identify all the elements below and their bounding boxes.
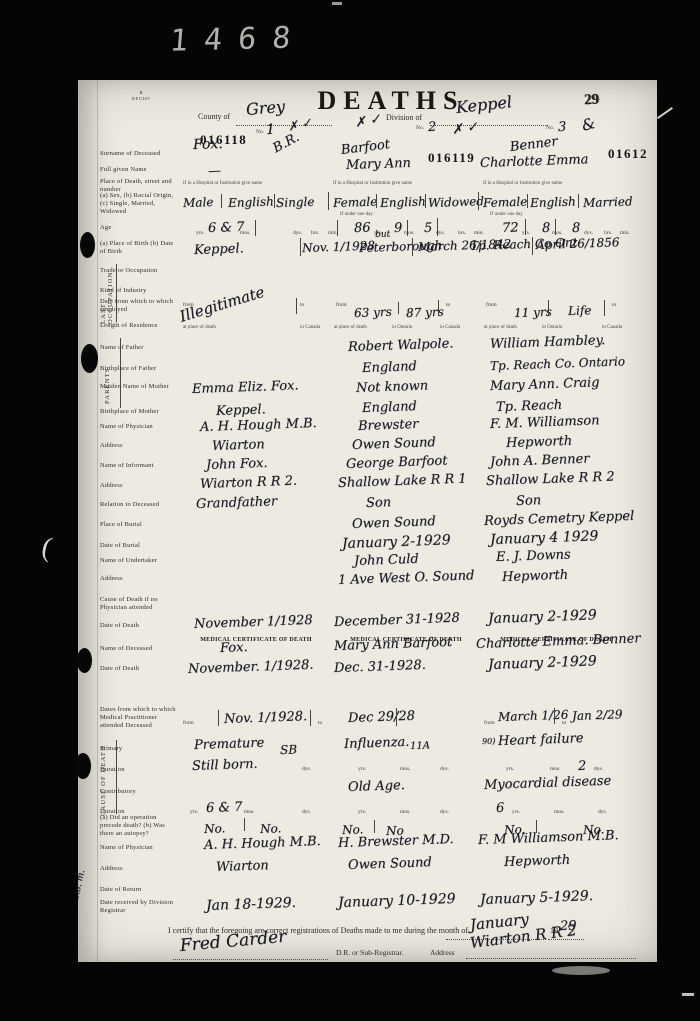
entry-rows-sex-c2-0: Female <box>333 194 378 210</box>
entry-rows-mother-c3: Mary Ann. Craig <box>490 375 600 394</box>
form-divider <box>412 238 413 256</box>
field-label-residence: Length of Residence <box>100 322 178 330</box>
entry-rows-sex-c2-2: Widowed <box>428 194 484 210</box>
film-scratch <box>657 107 673 119</box>
form-print-residence_units-place: at place of death <box>334 325 367 330</box>
entry-rows-address4-c2: Owen Sound <box>348 855 432 873</box>
field-label-physician2: Name of Physician <box>100 844 178 852</box>
entry-rows-employed-c3_to: Life <box>568 303 592 318</box>
entry-rows-operation-c1-0: No. <box>204 821 226 836</box>
entry-rows-age-c2_mos: 9 <box>394 221 403 236</box>
entry-rows-sex-c1-2: Single <box>276 195 315 210</box>
field-label-contributory: Contributory <box>100 788 178 796</box>
form-divider <box>532 237 533 255</box>
form-print-units-min: min. <box>620 230 630 236</box>
form-print-units-from: from <box>486 302 497 308</box>
margin-note: V. Ro. m. <box>78 869 87 910</box>
form-print-residence_units-canada: in Canada <box>300 325 320 330</box>
entry-rows-physician2-c3: F. M Williamson M.B. <box>478 828 619 848</box>
page-title: DEATHS <box>306 86 476 116</box>
punch-hole <box>80 232 95 258</box>
field-label-address2: Address <box>100 482 178 490</box>
form-print-units-to: to <box>318 720 322 726</box>
form-print-units-yrs: yrs. <box>506 766 514 772</box>
entry-rows-birth-c1_place: Keppel. <box>194 241 244 258</box>
county-value: Grey <box>245 97 285 119</box>
field-label-address3: Address <box>100 575 178 583</box>
entry-rows-address4-c1: Wiarton <box>216 858 269 875</box>
field-label-sex: (a) Sex, (b) Racial Origin, (c) Single, … <box>100 192 178 216</box>
field-label-name-deceased: Name of Deceased <box>100 645 178 653</box>
form-divider <box>274 194 275 208</box>
form-print-units-yrs: yrs. <box>196 230 204 236</box>
form-print-hospital_note: If in a Hospital or Institution give nam… <box>483 181 562 186</box>
entry-rows-birth-c2_note: but <box>375 229 391 240</box>
county-underline <box>236 124 332 126</box>
form-divider <box>604 300 605 316</box>
entry-rows-undertaker-c3: E. J. Downs <box>496 547 571 565</box>
entry-rows-received_date-c1: Jan 18-1929. <box>206 895 297 914</box>
entry-rows-father-c3: William Hambley. <box>490 333 606 352</box>
entry-rows-address3-c3: Hepworth <box>502 568 569 585</box>
field-label-surname: Surname of Deceased <box>100 150 178 158</box>
entry-rows-name_deceased-c1: Fox. <box>220 640 248 656</box>
entry-rows-address2-c3: Shallow Lake R R 2 <box>486 470 615 489</box>
field-label-death-date1: Date of Death <box>100 622 178 630</box>
field-label-cause-np: Cause of Death if no Physician attended <box>100 596 178 612</box>
form-print-units-to: to <box>562 720 566 726</box>
entry-rows-physician1-c3: F. M. Williamson <box>490 413 600 432</box>
film-curl-mark: ( <box>39 531 55 564</box>
entry-rows-employed-c2_from: 63 yrs <box>354 305 392 320</box>
entry-rows-contributory-c3: Myocardial disease <box>484 774 612 793</box>
film-frame-number: 1468 <box>168 20 307 59</box>
entry-rows-burial_date-c3: January 4 1929 <box>490 528 599 548</box>
entry-rows-duration1-c3: 2 <box>578 759 587 774</box>
field-label-operation: (a) Did an operation precede death? (b) … <box>100 814 178 838</box>
form-divider <box>536 820 537 833</box>
form-divider <box>437 218 438 236</box>
address-underline <box>466 957 636 959</box>
punch-hole <box>75 753 91 779</box>
field-label-address1: Address <box>100 442 178 450</box>
form-print-units-to: to <box>612 302 616 308</box>
form-divider <box>374 820 375 833</box>
entry-rows-sex-c3-2: Married <box>583 194 633 210</box>
field-label-employed: Date from which to which employed <box>100 298 178 314</box>
form-print-units-min: min. <box>474 230 484 236</box>
form-divider <box>525 219 526 235</box>
form-print-residence_units-place: at place of death <box>484 325 517 330</box>
form-divider <box>218 710 219 726</box>
entry-rows-received_date-c3: January 5-1929. <box>480 888 594 908</box>
entry-rows-address1-c3: Hepworth <box>506 434 573 451</box>
entry-rows-death_date2-c3: January 2-1929 <box>488 653 597 673</box>
entry-rows-death_date2-c1: November. 1/1928. <box>188 658 314 677</box>
entry-rows-name_deceased-c2: Mary Ann Barfoot <box>334 635 453 654</box>
form-divider <box>328 192 329 210</box>
entry-rows-attended-c2: Dec 29/28 <box>348 709 415 726</box>
field-label-trade: Trade or Occupation <box>100 267 178 275</box>
field-label-return-date: Date of Return <box>100 886 178 894</box>
form-print-units-dys: dys. <box>440 766 449 772</box>
field-label-physician1: Name of Physician <box>100 423 178 431</box>
field-label-father-bp: Birthplace of Father <box>100 365 178 373</box>
entry-rows-given-c3: Charlotte Emma <box>480 152 589 171</box>
entry-rows-sex-c1-0: Male <box>183 195 214 210</box>
division-label: Division of <box>386 113 422 122</box>
form-print-units-dys: dys. <box>302 809 311 815</box>
entry-rows-received_date-c2: January 10-1929 <box>338 891 456 911</box>
field-label-birth: (a) Place of Birth (b) Date of Birth <box>100 240 178 256</box>
punch-hole <box>77 648 92 673</box>
entry-rows-death_date1-c1: November 1/1928 <box>194 613 313 632</box>
entry-rows-age-c3_yrs: 72 <box>502 220 519 236</box>
entry-rows-address4-c3: Hepworth <box>504 853 571 870</box>
entry-rows-primary-c1: Premature <box>194 736 265 753</box>
entry-rows-address1-c1: Wiarton <box>212 437 265 454</box>
form-print-units-mos: mos. <box>244 809 255 815</box>
form-print-hospital_note: If in a Hospital or Institution give nam… <box>183 181 262 186</box>
entry-rows-given-c1: — <box>208 164 222 179</box>
form-divider <box>376 194 377 208</box>
entry-rows-age-c2_dys: 5 <box>424 221 433 236</box>
entry-rows-age-c2_yrs: 86 <box>354 220 371 236</box>
entry-rows-primary-c2: Influenza. <box>344 735 410 752</box>
form-divider <box>438 300 439 316</box>
entry-rows-relation-c3: Son <box>516 493 542 509</box>
entry-rows-age-c3_mos: 8 <box>542 221 551 236</box>
entry-rows-burial_place-c2: Owen Sound <box>352 514 436 532</box>
entry-rows-father-c2: Robert Walpole. <box>348 336 454 355</box>
entry-rows-surname-c3: Benner <box>509 134 558 155</box>
entry-rows-duration2-c3: 6 <box>496 801 505 816</box>
entry-rows-duration2-c1: 6 & 7 <box>206 800 243 816</box>
field-label-mother: Maiden Name of Mother <box>100 383 178 391</box>
entry-rows-relation-c1: Grandfather <box>196 494 278 512</box>
field-label-father: Name of Father <box>100 344 178 352</box>
entry-rows-residence-c1_diag: Illegitimate <box>177 283 266 326</box>
field-label-age: Age <box>100 224 178 232</box>
entry-rows-address1-c2: Owen Sound <box>352 435 436 453</box>
division-no-3: 3 <box>558 120 567 135</box>
field-label-informant: Name of Informant <box>100 462 178 470</box>
form-divider <box>398 302 399 314</box>
form-print-units-to: to <box>446 302 450 308</box>
entry-rows-mother-c2: Not known <box>356 378 429 396</box>
field-label-received-date: Date received by Division Registrar <box>100 899 178 915</box>
field-label-relation: Relation to Deceased <box>100 501 178 509</box>
film-smudge <box>552 966 610 975</box>
entry-rows-death_date1-c2: December 31-1928 <box>334 611 460 630</box>
field-label-address4: Address <box>100 865 178 873</box>
entry-rows-attended-c1: Nov. 1/1928. <box>224 709 308 727</box>
county-check-mark: ✗ ✓ <box>354 112 382 131</box>
form-print-residence_units-canada: in Canada <box>602 325 622 330</box>
entry-rows-informant-c2: George Barfoot <box>346 453 448 472</box>
form-print-units-mos: mos. <box>550 766 561 772</box>
form-print-residence_units-canada: in Canada <box>440 325 460 330</box>
form-print-residence_units-place: at place of death <box>183 325 216 330</box>
form-print-residence_units-ontario: in Ontario <box>392 325 412 330</box>
form-print-units-from: from <box>336 302 347 308</box>
form-divider <box>548 300 549 316</box>
entry-rows-employed-c3_from: 11 yrs <box>514 305 552 320</box>
form-divider <box>337 220 338 236</box>
entry-rows-sex-c3-0: Female <box>483 194 528 210</box>
form-print-sex_note: If under one day <box>490 212 523 217</box>
field-label-burial-date: Date of Burial <box>100 542 178 550</box>
microfilm-frame: 1468 R REGIST DEATHS 29 County of Grey ✗… <box>0 0 700 1021</box>
field-label-death-date2: Date of Death <box>100 665 178 673</box>
entry-rows-father_bp-c3: Tp. Reach Co. Ontario <box>490 354 625 373</box>
entry-rows-given-c1_note: B.R. <box>270 130 301 156</box>
form-print-residence_units-ontario: in Ontario <box>542 325 562 330</box>
field-label-industry: Kind of Industry <box>100 287 178 295</box>
form-print-units-mos: mos. <box>400 766 411 772</box>
address-label: Address <box>430 948 455 957</box>
form-divider <box>554 708 555 724</box>
form-divider <box>221 194 222 208</box>
entry-rows-physician1-c1: A. H. Hough M.B. <box>200 416 317 435</box>
entry-rows-father_bp-c2: England <box>362 359 417 376</box>
form-print-units-to: to <box>300 302 304 308</box>
entry-rows-age-c3_dys: 8 <box>572 221 581 236</box>
form-divider <box>255 220 256 236</box>
registrar-label: D.R. or Sub-Registrar. <box>336 948 403 957</box>
registrar-stamp: R REGIST <box>132 90 151 102</box>
stamp-line1: R <box>140 90 144 95</box>
entry-rows-given-c2: Mary Ann <box>346 156 411 173</box>
entry-rows-mother_bp-c2: England <box>362 399 417 416</box>
signature-underline <box>173 958 328 960</box>
entry-rows-burial_date-c2: January 2-1929 <box>342 532 451 552</box>
punch-hole <box>81 344 98 373</box>
entry-rows-name_deceased-c3: Charlotte Emma. Benner <box>476 631 641 652</box>
division-no-1: 1 <box>266 122 275 138</box>
form-print-units-yrs: yrs. <box>358 809 366 815</box>
form-print-units-yrs: yrs. <box>512 809 520 815</box>
form-print-units-from: from <box>183 720 194 726</box>
entry-rows-primary-c2_note: 11A <box>410 740 430 752</box>
entry-rows-mother_bp-c1: Keppel. <box>216 402 266 419</box>
field-label-undertaker: Name of Undertaker <box>100 557 178 565</box>
field-label-primary: Primary <box>100 745 178 753</box>
form-divider <box>296 298 297 314</box>
form-print-units-hrs: hrs. <box>458 230 466 236</box>
form-print-units-hrs: hrs. <box>311 230 319 236</box>
document-paper: R REGIST DEATHS 29 County of Grey ✗ ✓ Di… <box>78 80 657 962</box>
form-divider <box>300 238 301 256</box>
form-print-units-mos: mos. <box>240 230 251 236</box>
form-print-units-from: from <box>484 720 495 726</box>
registration-number-2: 016119 <box>428 150 475 166</box>
entry-rows-informant-c1: John Fox. <box>206 456 268 473</box>
form-print-units-yrs: yrs. <box>358 766 366 772</box>
entry-rows-relation-c2: Son <box>366 495 392 511</box>
field-label-given: Full given Name <box>100 166 178 174</box>
no-label-3: No. <box>546 125 554 131</box>
entry-rows-informant-c3: John A. Benner <box>490 452 590 470</box>
entry-rows-death_date2-c2: Dec. 31-1928. <box>334 658 426 676</box>
entry-rows-primary-c3_note: 90) <box>482 737 496 746</box>
form-print-units-dys: dys. <box>440 809 449 815</box>
page-number: 29 <box>584 92 600 110</box>
form-divider <box>578 194 579 208</box>
form-divider <box>555 219 556 235</box>
form-divider <box>478 192 479 210</box>
division-no-2: 2 <box>428 120 437 135</box>
entry-rows-burial_place-c3: Royds Cemetry Keppel <box>484 509 635 529</box>
form-print-units-yrs: yrs. <box>522 230 530 236</box>
entry-rows-operation-c1-1: No. <box>260 821 282 836</box>
entry-rows-physician2-c2: H. Brewster M.D. <box>338 832 454 851</box>
form-divider <box>527 194 528 208</box>
form-print-units-mos: mos. <box>554 809 565 815</box>
paper-crease <box>97 80 98 962</box>
field-label-attended: Dates from which to which Medical Practi… <box>100 706 178 730</box>
division-underline <box>430 124 548 126</box>
no-label-2: No. <box>416 125 424 131</box>
form-print-units-dys: dys. <box>302 766 311 772</box>
entry-rows-physician2-c1: A. H. Hough M.B. <box>204 834 321 853</box>
film-scratch <box>682 993 694 996</box>
stamp-line2: REGIST <box>132 96 151 101</box>
entry-rows-birth-c3_date: April 26/1856 <box>536 235 620 252</box>
form-print-units-yrs: yrs. <box>190 809 198 815</box>
medical-certificate-header-1: MEDICAL CERTIFICATE OF DEATH <box>181 637 331 643</box>
entry-rows-undertaker-c2: John Culd <box>354 552 419 569</box>
registration-number-3: 01612 <box>608 146 648 162</box>
form-print-units-dys: dys. <box>594 766 603 772</box>
field-label-burial-place: Place of Burial <box>100 521 178 529</box>
field-label-mother-bp: Birthplace of Mother <box>100 408 178 416</box>
entry-rows-physician1-c2: Brewster <box>358 417 419 434</box>
entry-rows-death_date1-c3: January 2-1929 <box>488 607 597 627</box>
entry-rows-sex-c3-1: English <box>530 194 576 210</box>
mark-3: & <box>580 114 598 135</box>
county-label: County of <box>198 112 230 121</box>
entry-rows-contributory-c2: Old Age. <box>348 778 405 795</box>
entry-rows-sex-c1-1: English <box>228 194 274 210</box>
form-print-units-dys: dys. <box>598 809 607 815</box>
entry-rows-primary-c1_note: SB <box>280 742 298 757</box>
form-print-units-dys: dys. <box>293 230 302 236</box>
mark-2: ✗ ✓ <box>451 119 479 137</box>
entry-rows-address3-c2: 1 Ave West O. Sound <box>338 568 475 588</box>
entry-rows-address2-c2: Shallow Lake R R 1 <box>338 472 467 491</box>
entry-rows-primary-c3: Heart failure <box>498 731 584 749</box>
form-divider <box>244 818 245 831</box>
film-scratch <box>332 2 342 5</box>
form-divider <box>425 194 426 208</box>
entry-rows-sex-c2-1: English <box>380 194 426 210</box>
field-label-duration1: Duration <box>100 766 178 774</box>
entry-rows-attended-c3_from: March 1/26 <box>498 708 569 724</box>
entry-rows-mother_bp-c3: Tp. Reach <box>496 398 563 415</box>
form-print-sex_note: If under one day <box>340 212 373 217</box>
form-divider <box>396 708 397 726</box>
entry-rows-address2-c1: Wiarton R R 2. <box>200 474 298 492</box>
form-divider <box>310 710 311 726</box>
form-print-units-mos: mos. <box>404 230 415 236</box>
form-print-units-mos: mos. <box>400 809 411 815</box>
form-print-hospital_note: If in a Hospital or Institution give nam… <box>333 181 412 186</box>
entry-rows-surname-c1: Fox. <box>193 136 223 153</box>
entry-rows-duration1-c1: Still born. <box>192 757 258 774</box>
form-divider <box>407 220 408 236</box>
entry-rows-mother-c1: Emma Eliz. Fox. <box>192 378 299 397</box>
no-label-1: No. <box>256 129 264 135</box>
entry-rows-surname-c2: Barfoot <box>340 137 391 158</box>
entry-rows-attended-c3_to: Jan 2/29 <box>572 707 623 723</box>
